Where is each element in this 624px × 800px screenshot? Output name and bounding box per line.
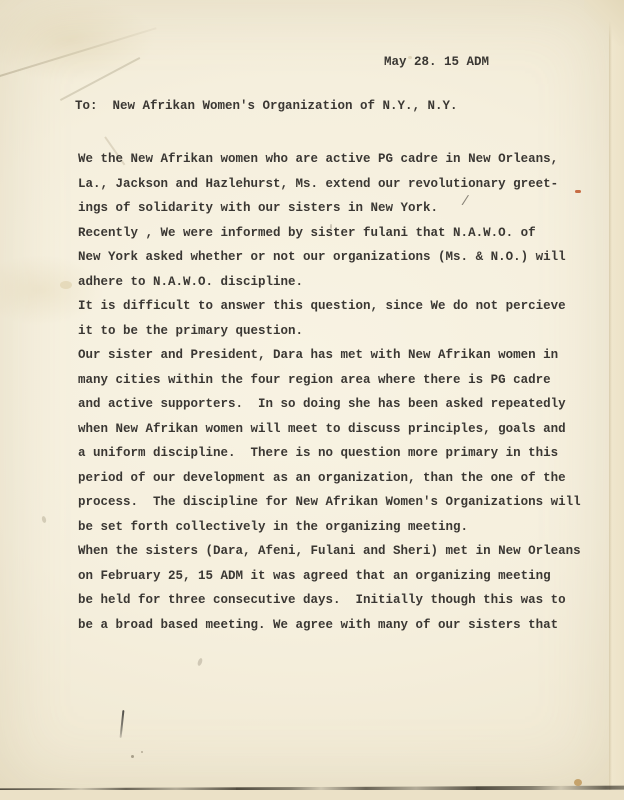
body-line: We the New Afrikan women who are active … bbox=[78, 147, 618, 172]
letter-body: We the New Afrikan women who are active … bbox=[78, 147, 618, 637]
body-line: be set forth collectively in the organiz… bbox=[78, 515, 618, 540]
pencil-slash-annotation: / bbox=[460, 194, 470, 211]
paper-stain bbox=[60, 281, 72, 289]
scan-corner-shadow bbox=[584, 0, 624, 46]
pen-stroke-mark bbox=[120, 710, 125, 738]
body-line: ings of solidarity with our sisters in N… bbox=[78, 196, 618, 221]
paper-speck bbox=[131, 755, 134, 758]
date-line: May 28. 15 ADM bbox=[384, 55, 489, 69]
body-line: be held for three consecutive days. Init… bbox=[78, 588, 618, 613]
paper-stain bbox=[574, 779, 582, 786]
paper-crease bbox=[0, 27, 157, 79]
paper-smudge bbox=[197, 658, 203, 667]
body-line: Our sister and President, Dara has met w… bbox=[78, 343, 618, 368]
body-line: When the sisters (Dara, Afeni, Fulani an… bbox=[78, 539, 618, 564]
paper-speck bbox=[141, 751, 143, 753]
recipient-line: To: New Afrikan Women's Organization of … bbox=[75, 99, 458, 113]
paper-stain bbox=[408, 56, 412, 59]
scanned-letter: May 28. 15 ADM To: New Afrikan Women's O… bbox=[0, 0, 624, 800]
body-line: New York asked whether or not our organi… bbox=[78, 245, 618, 270]
paper-smudge bbox=[41, 516, 47, 524]
paper-smudge bbox=[330, 224, 332, 229]
body-line: many cities within the four region area … bbox=[78, 368, 618, 393]
body-line: when New Afrikan women will meet to disc… bbox=[78, 417, 618, 442]
scan-backing-bottom bbox=[0, 790, 624, 800]
body-line: it to be the primary question. bbox=[78, 319, 618, 344]
body-line: La., Jackson and Hazlehurst, Ms. extend … bbox=[78, 172, 618, 197]
scan-backing-edge bbox=[609, 0, 624, 790]
body-line: be a broad based meeting. We agree with … bbox=[78, 613, 618, 638]
body-line: adhere to N.A.W.O. discipline. bbox=[78, 270, 618, 295]
body-line: It is difficult to answer this question,… bbox=[78, 294, 618, 319]
paper-crease bbox=[60, 57, 140, 101]
body-line: a uniform discipline. There is no questi… bbox=[78, 441, 618, 466]
letter-page: May 28. 15 ADM To: New Afrikan Women's O… bbox=[0, 0, 609, 790]
body-line: and active supporters. In so doing she h… bbox=[78, 392, 618, 417]
body-line: Recently , We were informed by sister fu… bbox=[78, 221, 618, 246]
body-line: period of our development as an organiza… bbox=[78, 466, 618, 491]
body-line: process. The discipline for New Afrikan … bbox=[78, 490, 618, 515]
body-line: on February 25, 15 ADM it was agreed tha… bbox=[78, 564, 618, 589]
ink-fleck bbox=[575, 190, 581, 193]
